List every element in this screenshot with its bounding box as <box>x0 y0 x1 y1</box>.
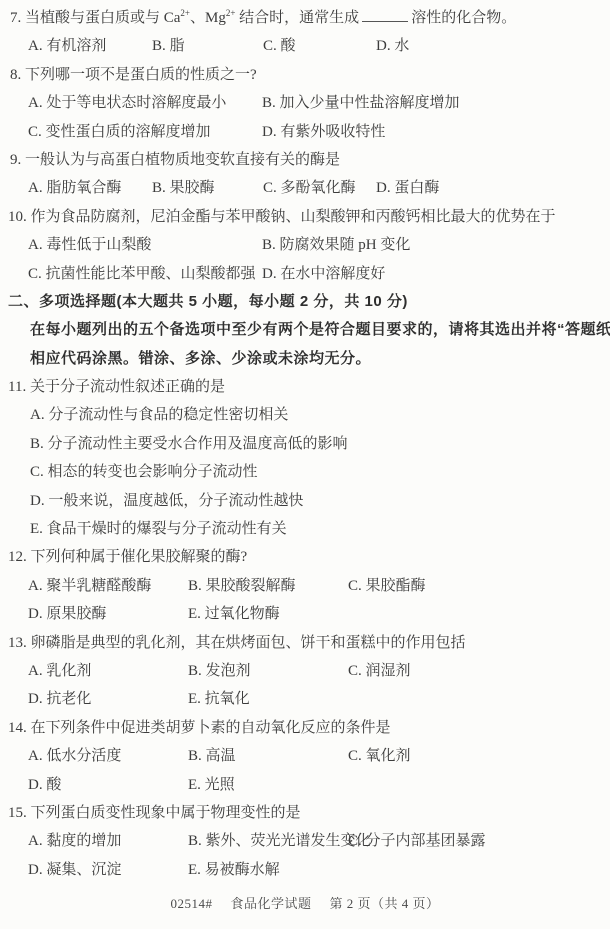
question-7-stem-post: 结合时，通常生成 <box>235 10 359 26</box>
question-7-stem-pre: 7. 当植酸与蛋白质或与 Ca <box>10 10 180 26</box>
question-7-option-c: C. 酸 <box>263 32 296 60</box>
question-14-options-row-1: A. 低水分活度 B. 高温 C. 氧化剂 <box>0 742 610 770</box>
question-11-option-a: A. 分子流动性与食品的稳定性密切相关 <box>0 401 610 429</box>
question-11-stem: 11. 关于分子流动性叙述正确的是 <box>0 373 610 401</box>
question-9-option-c: C. 多酚氧化酶 <box>263 174 356 202</box>
question-15-option-b: B. 紫外、荧光光谱发生变化 <box>188 827 371 855</box>
question-11-option-d: D. 一般来说，温度越低，分子流动性越快 <box>0 487 610 515</box>
question-12-option-a: A. 聚半乳糖醛酸酶 <box>28 572 151 600</box>
question-7-stem: 7. 当植酸与蛋白质或与 Ca2+、Mg2+ 结合时，通常生成溶性的化合物。 <box>0 4 610 32</box>
question-7-stem-tail: 溶性的化合物。 <box>411 10 516 26</box>
question-12-option-e: E. 过氧化物酶 <box>188 600 280 628</box>
question-9-options: A. 脂肪氧合酶 B. 果胶酶 C. 多酚氧化酶 D. 蛋白酶 <box>0 174 610 202</box>
question-15-option-d: D. 凝集、沉淀 <box>28 856 121 884</box>
question-7-stem-mid: 、Mg <box>190 10 226 26</box>
question-14-option-c: C. 氧化剂 <box>348 742 411 770</box>
question-15-option-a: A. 黏度的增加 <box>28 827 121 855</box>
question-15-stem: 15. 下列蛋白质变性现象中属于物理变性的是 <box>0 799 610 827</box>
exam-page: 7. 当植酸与蛋白质或与 Ca2+、Mg2+ 结合时，通常生成溶性的化合物。 A… <box>0 0 610 929</box>
question-8-option-b: B. 加入少量中性盐溶解度增加 <box>262 89 460 117</box>
question-7-option-a: A. 有机溶剂 <box>28 32 106 60</box>
question-14-option-b: B. 高温 <box>188 742 236 770</box>
question-10-stem: 10. 作为食品防腐剂，尼泊金酯与苯甲酸钠、山梨酸钾和丙酸钙相比最大的优势在于 <box>0 203 610 231</box>
question-12-stem: 12. 下列何种属于催化果胶解聚的酶? <box>0 543 610 571</box>
exam-code: 02514# <box>170 896 212 911</box>
question-13-option-d: D. 抗老化 <box>28 685 91 713</box>
question-10-option-b: B. 防腐效果随 pH 变化 <box>262 231 410 259</box>
question-7-option-b: B. 脂 <box>152 32 185 60</box>
question-10-option-a: A. 毒性低于山梨酸 <box>28 231 151 259</box>
question-8-stem: 8. 下列哪一项不是蛋白质的性质之一? <box>0 61 610 89</box>
question-13-option-b: B. 发泡剂 <box>188 657 251 685</box>
question-12-option-b: B. 果胶酸裂解酶 <box>188 572 296 600</box>
question-15-option-e: E. 易被酶水解 <box>188 856 280 884</box>
fill-in-blank-line <box>362 6 408 22</box>
question-13-stem: 13. 卵磷脂是典型的乳化剂，其在烘烤面包、饼干和蛋糕中的作用包括 <box>0 629 610 657</box>
question-14-stem: 14. 在下列条件中促进类胡萝卜素的自动氧化反应的条件是 <box>0 714 610 742</box>
question-10-option-d: D. 在水中溶解度好 <box>262 260 385 288</box>
question-8-options-row-1: A. 处于等电状态时溶解度最小 B. 加入少量中性盐溶解度增加 <box>0 89 610 117</box>
question-9-stem: 9. 一般认为与高蛋白植物质地变软直接有关的酶是 <box>0 146 610 174</box>
question-8-option-a: A. 处于等电状态时溶解度最小 <box>28 89 226 117</box>
question-14-options-row-2: D. 酸 E. 光照 <box>0 771 610 799</box>
section-2-instruction-line-2: 相应代码涂黑。错涂、多涂、少涂或未涂均无分。 <box>0 345 610 373</box>
question-8-option-c: C. 变性蛋白质的溶解度增加 <box>28 118 211 146</box>
question-10-option-c: C. 抗菌性能比苯甲酸、山梨酸都强 <box>28 260 256 288</box>
question-11-option-c: C. 相态的转变也会影响分子流动性 <box>0 458 610 486</box>
question-8-option-d: D. 有紫外吸收特性 <box>262 118 385 146</box>
question-13-option-e: E. 抗氧化 <box>188 685 250 713</box>
question-7-options: A. 有机溶剂 B. 脂 C. 酸 D. 水 <box>0 32 610 60</box>
page-footer: 02514#食品化学试题第 2 页（共 4 页） <box>0 890 610 918</box>
question-13-option-a: A. 乳化剂 <box>28 657 91 685</box>
superscript-mg-charge: 2+ <box>226 8 236 18</box>
exam-title: 食品化学试题 <box>230 896 311 911</box>
question-12-options-row-1: A. 聚半乳糖醛酸酶 B. 果胶酸裂解酶 C. 果胶酯酶 <box>0 572 610 600</box>
question-14-option-d: D. 酸 <box>28 771 61 799</box>
page-number: 第 2 页（共 4 页） <box>330 896 440 911</box>
question-9-option-a: A. 脂肪氧合酶 <box>28 174 121 202</box>
question-15-option-c: C. 分子内部基团暴露 <box>348 827 486 855</box>
question-12-option-d: D. 原果胶酶 <box>28 600 106 628</box>
superscript-ca-charge: 2+ <box>180 8 190 18</box>
question-13-options-row-2: D. 抗老化 E. 抗氧化 <box>0 685 610 713</box>
question-14-option-e: E. 光照 <box>188 771 235 799</box>
question-8-options-row-2: C. 变性蛋白质的溶解度增加 D. 有紫外吸收特性 <box>0 118 610 146</box>
question-15-options-row-2: D. 凝集、沉淀 E. 易被酶水解 <box>0 856 610 884</box>
question-9-option-d: D. 蛋白酶 <box>376 174 439 202</box>
question-11-option-b: B. 分子流动性主要受水合作用及温度高低的影响 <box>0 430 610 458</box>
question-15-options-row-1: A. 黏度的增加 B. 紫外、荧光光谱发生变化 C. 分子内部基团暴露 <box>0 827 610 855</box>
question-10-options-row-2: C. 抗菌性能比苯甲酸、山梨酸都强 D. 在水中溶解度好 <box>0 260 610 288</box>
question-11-option-e: E. 食品干燥时的爆裂与分子流动性有关 <box>0 515 610 543</box>
question-9-option-b: B. 果胶酶 <box>152 174 215 202</box>
question-14-option-a: A. 低水分活度 <box>28 742 121 770</box>
question-7-option-d: D. 水 <box>376 32 409 60</box>
question-13-options-row-1: A. 乳化剂 B. 发泡剂 C. 润湿剂 <box>0 657 610 685</box>
question-12-option-c: C. 果胶酯酶 <box>348 572 426 600</box>
question-12-options-row-2: D. 原果胶酶 E. 过氧化物酶 <box>0 600 610 628</box>
section-2-header: 二、多项选择题(本大题共 5 小题，每小题 2 分，共 10 分) <box>0 288 610 316</box>
question-10-options-row-1: A. 毒性低于山梨酸 B. 防腐效果随 pH 变化 <box>0 231 610 259</box>
question-13-option-c: C. 润湿剂 <box>348 657 411 685</box>
section-2-instruction-line-1: 在每小题列出的五个备选项中至少有两个是符合题目要求的，请将其选出并将“答题纸”的 <box>0 316 610 344</box>
